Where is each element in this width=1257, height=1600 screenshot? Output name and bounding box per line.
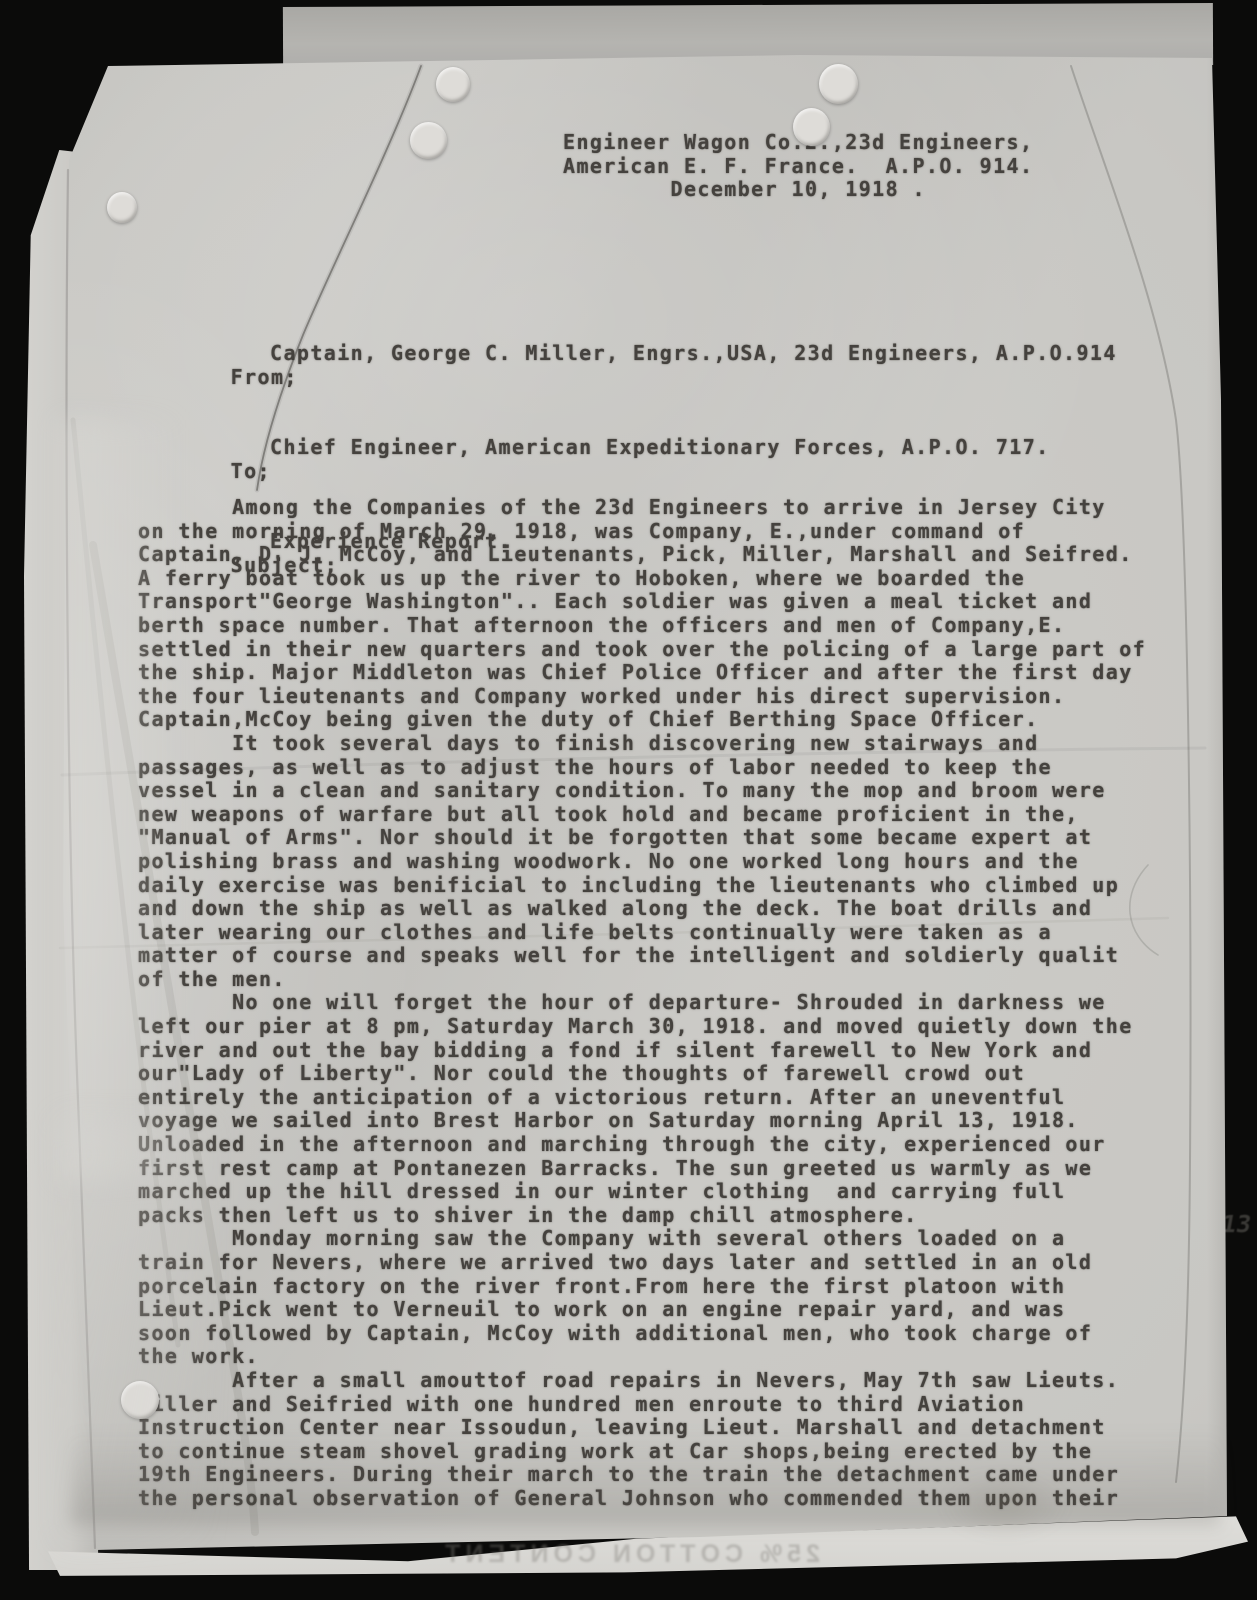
text-line: It took several days to finish discoveri… [138,732,1146,756]
text-line: Lieut.Pick went to Verneuil to work on a… [138,1298,1146,1322]
text-line: porcelain factory on the river front.Fro… [138,1275,1146,1299]
text-line: American E. F. France. A.P.O. 914. [563,153,1033,177]
text-line: the ship. Major Middleton was Chief Poli… [138,661,1146,685]
text-line: the work. [138,1345,1146,1369]
text-line: settled in their new quarters and took o… [138,638,1146,662]
text-line: marched up the hill dressed in our winte… [138,1180,1146,1204]
text-line: later wearing our clothes and life belts… [138,921,1146,945]
text-line: Instruction Center near Issoudun, leavin… [138,1416,1146,1440]
text-line: A ferry boat took us up the river to Hob… [138,567,1146,591]
punch-hole [410,122,447,159]
text-line: and down the ship as well as walked alon… [138,897,1146,921]
field-label: To; [231,459,271,483]
text-line: daily exercise was benificial to includi… [138,874,1146,898]
text-line: first rest camp at Pontanezen Barracks. … [138,1157,1146,1181]
text-line: of the men. [138,968,1146,992]
text-line: "Manual of Arms". Nor should it be forgo… [138,826,1146,850]
text-line: December 10, 1918 . [563,176,1033,200]
text-line: vessel in a clean and sanitary condition… [138,779,1146,803]
punch-hole [107,192,137,223]
text-line: After a small amouttof road repairs in N… [138,1369,1146,1393]
text-line: berth space number. That afternoon the o… [138,614,1146,638]
text-line: new weapons of warfare but all took hold… [138,803,1146,827]
field-label: From; [231,365,298,389]
text-line: polishing brass and washing woodwork. No… [138,850,1146,874]
text-line: No one will forget the hour of departure… [138,991,1146,1015]
text-line: the personal observation of General John… [138,1487,1146,1511]
text-line: to continue steam shovel grading work at… [138,1440,1146,1464]
text-line: Miller and Seifried with one hundred men… [138,1393,1146,1417]
text-line: packs then left us to shiver in the damp… [138,1204,1146,1228]
bleedthrough-watermark: 25% COTTON CONTENT [220,1540,820,1569]
field-value: Chief Engineer, American Expeditionary F… [270,435,1050,459]
text-line: train for Nevers, where we arrived two d… [138,1251,1146,1275]
text-line: 19th Engineers. During their march to th… [138,1463,1146,1487]
scan-backdrop: Engineer Wagon Co.2.,23d Engineers,Ameri… [0,0,1257,1600]
punch-hole [793,108,830,146]
field-value: Captain, George C. Miller, Engrs.,USA, 2… [270,341,1117,365]
punch-hole [436,67,470,102]
text-line: Transport"George Washington".. Each sold… [138,590,1146,614]
text-line: matter of course and speaks well for the… [138,944,1146,968]
text-line: passages, as well as to adjust the hours… [138,756,1146,780]
text-line: left our pier at 8 pm, Saturday March 30… [138,1015,1146,1039]
text-line: voyage we sailed into Brest Harbor on Sa… [138,1109,1146,1133]
text-line: entirely the anticipation of a victoriou… [138,1086,1146,1110]
text-line: on the morning of March 29, 1918, was Co… [138,520,1146,544]
text-line: Unloaded in the afternoon and marching t… [138,1133,1146,1157]
text-line: the four lieutenants and Company worked … [138,685,1146,709]
field-to: To; Chief Engineer, American Expeditiona… [150,435,338,481]
punch-hole [819,64,858,104]
text-line: river and out the bay bidding a fond if … [138,1039,1146,1063]
text-line: soon followed by Captain, McCoy with add… [138,1322,1146,1346]
punch-hole [121,1381,159,1419]
text-line: our"Lady of Liberty". Nor could the thou… [138,1062,1146,1086]
text-line: Monday morning saw the Company with seve… [138,1227,1146,1251]
text-line: Captain, D. J. McCoy, and Lieutenants, P… [138,543,1146,567]
field-from: From; Captain, George C. Miller, Engrs.,… [150,341,338,387]
text-line: Among the Companies of the 23d Engineers… [138,496,1146,520]
text-line: Captain,McCoy being given the duty of Ch… [138,708,1146,732]
report-body: Among the Companies of the 23d Engineers… [138,496,1146,1511]
